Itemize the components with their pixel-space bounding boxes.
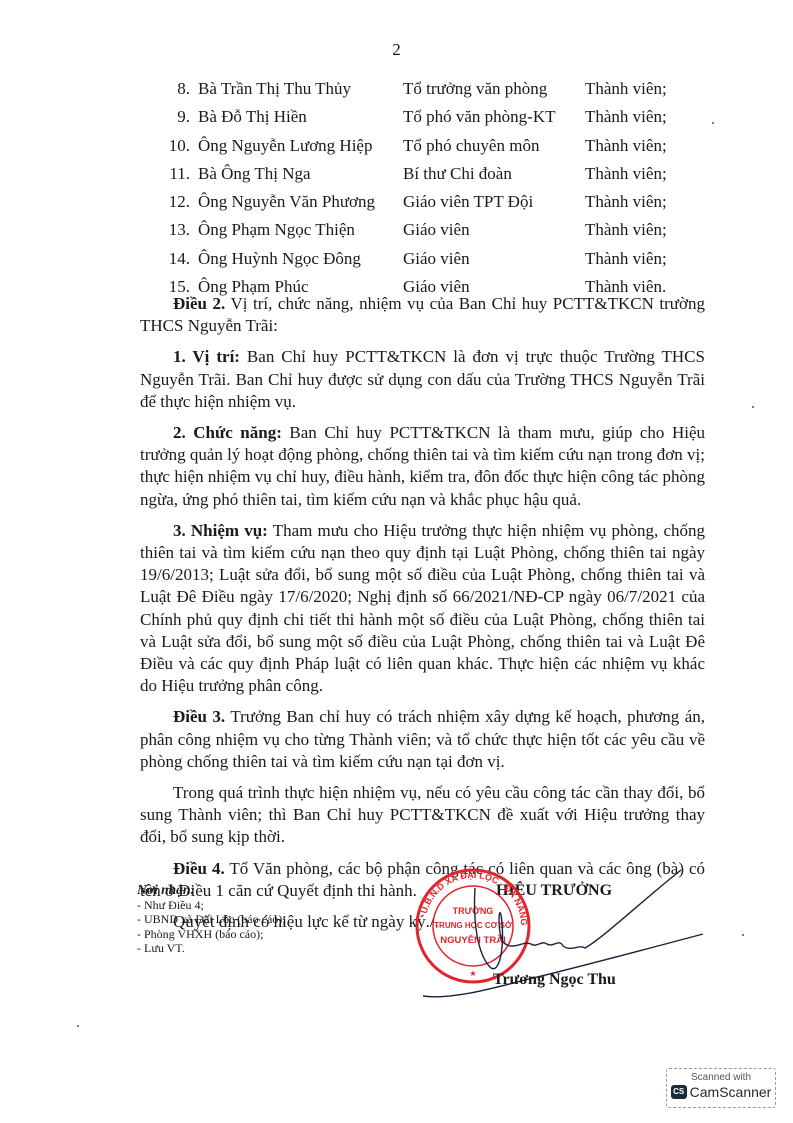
member-role: Tổ trưởng văn phòng [403,75,547,103]
member-number: 8. [160,75,190,103]
member-row: 10.Ông Nguyễn Lương HiệpTổ phó chuyên mô… [160,132,720,160]
member-number: 10. [160,132,190,160]
member-name: Bà Trần Thị Thu Thủy [198,75,351,103]
member-number: 13. [160,216,190,244]
article-2-duty: 3. Nhiệm vụ: Tham mưu cho Hiệu trưởng th… [140,520,705,698]
camscanner-brand: CamScanner [690,1084,772,1100]
member-name: Ông Phạm Ngọc Thiện [198,216,355,244]
member-name: Bà Đỗ Thị Hiền [198,103,307,131]
member-list: 8.Bà Trần Thị Thu ThủyTổ trưởng văn phòn… [160,75,720,301]
article-3-extra: Trong quá trình thực hiện nhiệm vụ, nếu … [140,782,705,849]
member-number: 9. [160,103,190,131]
member-role: Tổ phó chuyên môn [403,132,539,160]
scan-speck [77,1025,79,1027]
member-status: Thành viên; [585,75,667,103]
member-row: 13.Ông Phạm Ngọc ThiệnGiáo viênThành viê… [160,216,720,244]
member-name: Ông Nguyễn Lương Hiệp [198,132,372,160]
camscanner-logo-icon: CS [671,1085,687,1099]
member-status: Thành viên; [585,160,667,188]
article-3: Điều 3. Trưởng Ban chỉ huy có trách nhiệ… [140,706,705,773]
member-name: Ông Nguyễn Văn Phương [198,188,375,216]
scan-speck [742,934,744,936]
signature-block: HIỆU TRƯỞNG U.B.N.D XÃ ĐẠI LỘC - ĐÀ NẴNG… [413,860,713,1000]
scan-speck [752,406,754,408]
member-row: 14.Ông Huỳnh Ngọc ĐôngGiáo viênThành viê… [160,245,720,273]
member-name: Bà Ông Thị Nga [198,160,311,188]
member-role: Giáo viên [403,245,470,273]
member-status: Thành viên; [585,132,667,160]
signer-name: Trương Ngọc Thu [493,971,616,989]
member-number: 14. [160,245,190,273]
scan-speck [712,122,714,124]
member-status: Thành viên; [585,188,667,216]
member-status: Thành viên; [585,103,667,131]
member-role: Giáo viên [403,216,470,244]
recipients-title: Nơi nhận: [137,883,286,898]
member-role: Bí thư Chi đoàn [403,160,512,188]
member-row: 9.Bà Đỗ Thị HiềnTổ phó văn phòng-KTThành… [160,103,720,131]
recipient-item: - Như Điều 4; [137,898,286,913]
recipient-item: - Lưu VT. [137,941,286,956]
article-2-position: 1. Vị trí: Ban Chỉ huy PCTT&TKCN là đơn … [140,346,705,413]
member-status: Thành viên; [585,216,667,244]
page-number: 2 [0,40,793,60]
member-name: Ông Huỳnh Ngọc Đông [198,245,361,273]
member-number: 12. [160,188,190,216]
article-2: Điều 2. Vị trí, chức năng, nhiệm vụ của … [140,293,705,337]
article-3-heading: Điều 3. [173,707,225,726]
recipient-item: - Phòng VHXH (báo cáo); [137,927,286,942]
member-row: 8.Bà Trần Thị Thu ThủyTổ trưởng văn phòn… [160,75,720,103]
member-role: Giáo viên TPT Đội [403,188,533,216]
recipients-block: Nơi nhận: - Như Điều 4; - UBND xã Đại Lộ… [137,883,286,956]
member-role: Tổ phó văn phòng-KT [403,103,556,131]
article-4-heading: Điều 4. [173,859,225,878]
member-number: 11. [160,160,190,188]
member-row: 12.Ông Nguyễn Văn PhươngGiáo viên TPT Độ… [160,188,720,216]
document-body: Điều 2. Vị trí, chức năng, nhiệm vụ của … [140,293,705,942]
camscanner-watermark: Scanned with CS CamScanner [666,1068,776,1108]
member-status: Thành viên; [585,245,667,273]
article-2-heading: Điều 2. [173,294,225,313]
article-2-function: 2. Chức năng: Ban Chỉ huy PCTT&TKCN là t… [140,422,705,511]
recipient-item: - UBND xã Đại Lộc (báo cáo); [137,912,286,927]
member-row: 11.Bà Ông Thị NgaBí thư Chi đoànThành vi… [160,160,720,188]
